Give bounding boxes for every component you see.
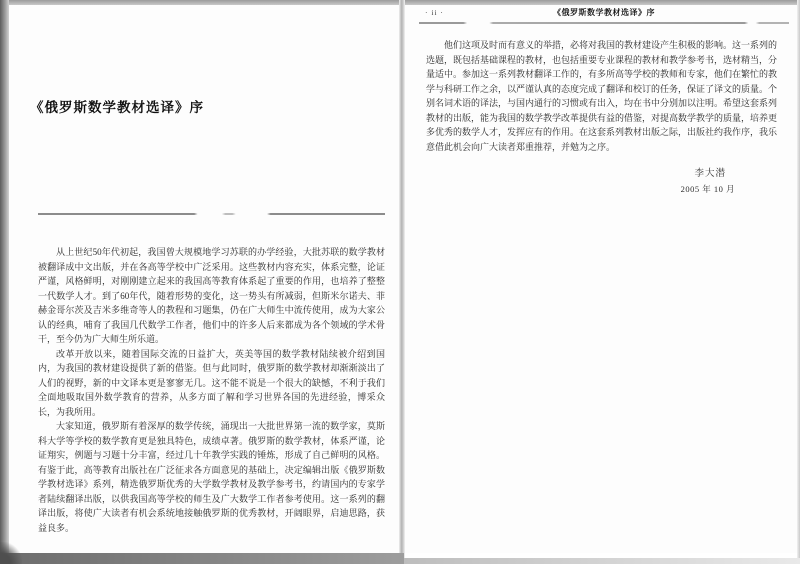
scan-edge-bottom-right	[404, 558, 800, 564]
scan-corner-shadow	[0, 542, 22, 564]
signature-block: 李大潜 2005 年 10 月	[681, 165, 735, 195]
header-rule	[419, 22, 789, 24]
left-paragraph-2: 改革开放以来，随着国际交流的日益扩大，英美等国的数学教材陆续被介绍到国内，为我国…	[38, 347, 385, 420]
author-signature: 李大潜	[681, 165, 735, 179]
left-page: 《俄罗斯数学教材选译》序 从上世纪50年代初起，我国曾大规模地学习苏联的办学经验…	[9, 5, 399, 553]
running-header: 《俄罗斯数学教材选译》序	[419, 7, 789, 18]
preface-title: 《俄罗斯数学教材选译》序	[30, 96, 204, 116]
left-paragraph-3: 大家知道，俄罗斯有着深厚的数学传统，涌现出一大批世界第一流的数学家，莫斯科大学等…	[38, 419, 385, 535]
right-paragraph-1: 他们这项及时而有意义的举措，必将对我国的教材建设产生积极的影响。这一系列的选题，…	[426, 38, 777, 154]
right-page: · ii · 《俄罗斯数学教材选译》序 他们这项及时而有意义的举措，必将对我国的…	[405, 5, 797, 553]
signature-date: 2005 年 10 月	[681, 183, 735, 195]
left-page-body: 从上世纪50年代初起，我国曾大规模地学习苏联的办学经验，大批苏联的数学教材被翻译…	[38, 245, 385, 535]
title-rule	[38, 213, 385, 215]
scan-edge-bottom-left	[0, 553, 404, 564]
left-paragraph-1: 从上世纪50年代初起，我国曾大规模地学习苏联的办学经验，大批苏联的数学教材被翻译…	[38, 245, 385, 347]
scan-edge-left	[0, 0, 9, 564]
right-page-body: 他们这项及时而有意义的举措，必将对我国的教材建设产生积极的影响。这一系列的选题，…	[426, 38, 777, 154]
scanned-book-spread: 《俄罗斯数学教材选译》序 从上世纪50年代初起，我国曾大规模地学习苏联的办学经验…	[0, 0, 800, 564]
running-header-row: · ii · 《俄罗斯数学教材选译》序	[419, 7, 789, 19]
